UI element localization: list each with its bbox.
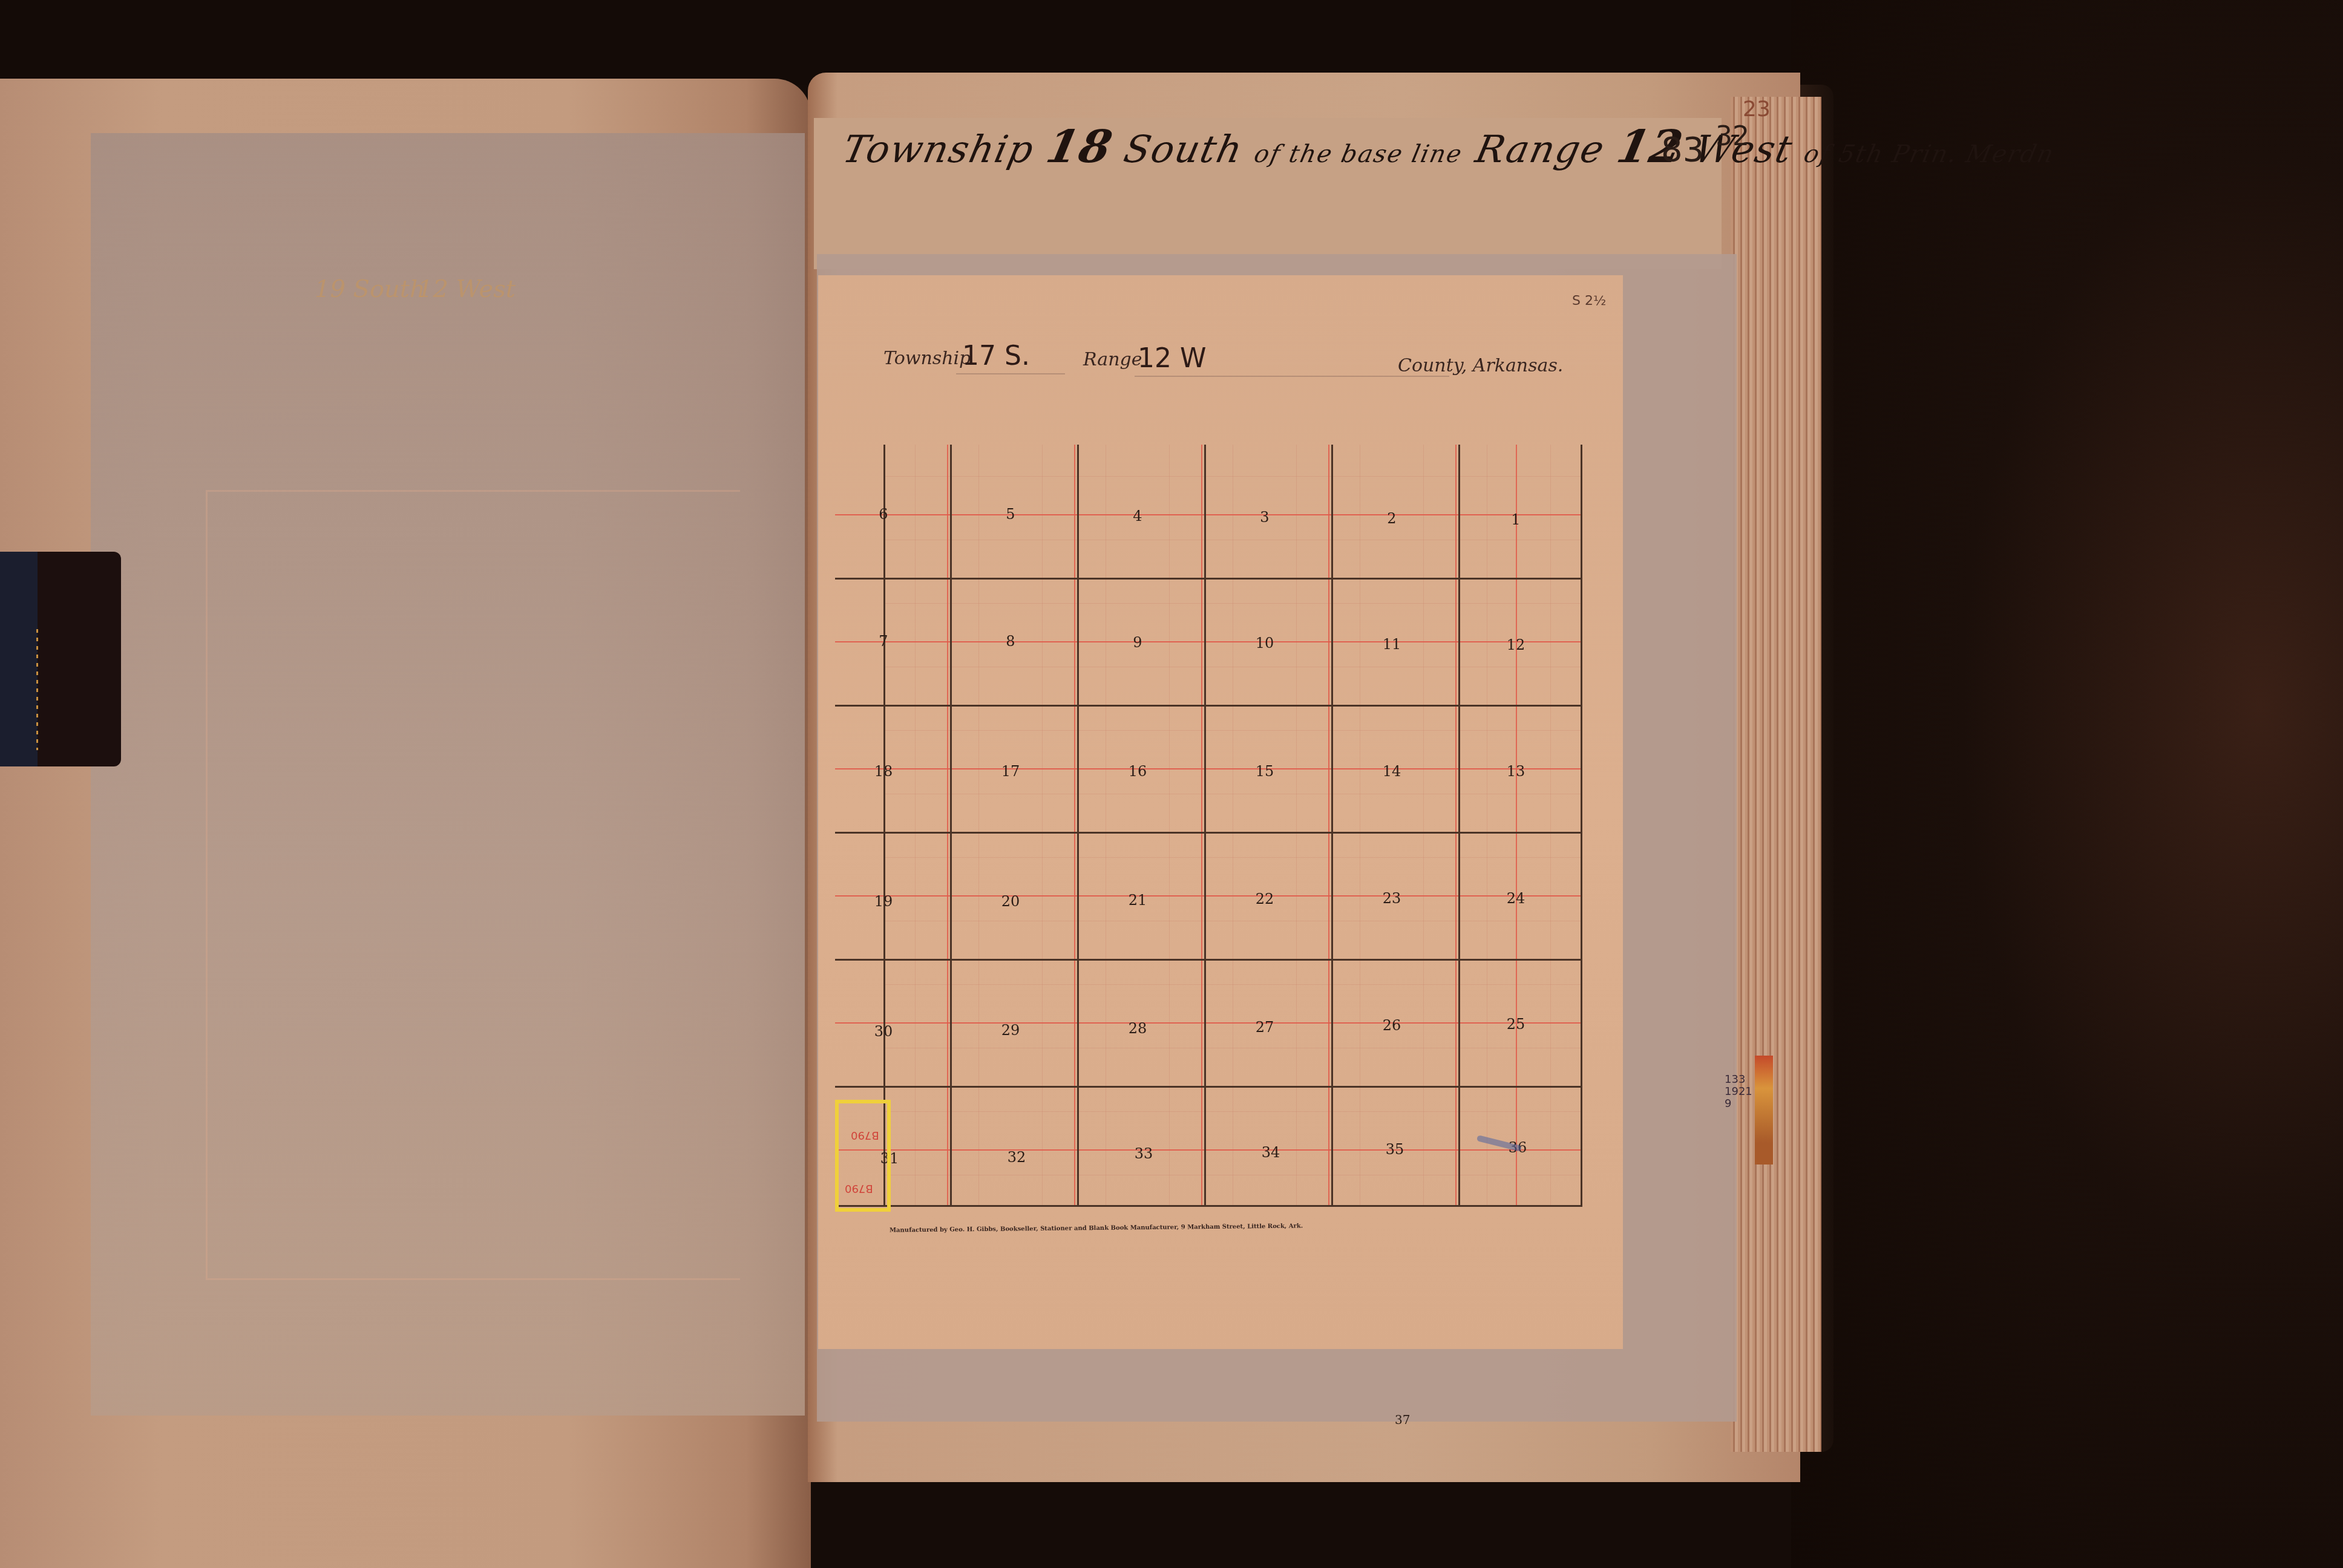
margin-note-line: 133 bbox=[1725, 1074, 1752, 1086]
grid-subline bbox=[915, 445, 916, 1207]
red-rule bbox=[835, 1149, 1582, 1151]
section-number: 16 bbox=[1129, 763, 1147, 780]
red-rule bbox=[1074, 445, 1075, 1207]
grid-subline bbox=[1106, 445, 1106, 1207]
grid-subline bbox=[1042, 445, 1043, 1207]
red-rule bbox=[835, 1022, 1582, 1024]
parcel-note: B790 bbox=[851, 1129, 879, 1142]
section-number: 15 bbox=[1256, 763, 1274, 780]
section-number: 12 bbox=[1507, 636, 1525, 653]
grid-subline bbox=[883, 794, 1582, 794]
margin-note-line: 9 bbox=[1725, 1098, 1752, 1110]
heading-township-direction: South bbox=[1120, 127, 1247, 171]
grid-subline bbox=[883, 857, 1582, 858]
grid-subline bbox=[883, 730, 1582, 731]
section-number: 32 bbox=[1008, 1149, 1026, 1166]
grid-subline bbox=[1360, 445, 1360, 1207]
section-number: 27 bbox=[1256, 1019, 1274, 1036]
section-number: 5 bbox=[1006, 506, 1015, 523]
grid-subline bbox=[1296, 445, 1297, 1207]
section-number: 26 bbox=[1383, 1017, 1401, 1034]
section-line bbox=[835, 832, 1582, 834]
section-number: 23 bbox=[1383, 890, 1401, 907]
section-number: 34 bbox=[1262, 1144, 1280, 1161]
grid-subline bbox=[883, 667, 1582, 667]
section-number: 19 bbox=[874, 893, 893, 910]
ghost-text-township: 19 South bbox=[315, 275, 425, 303]
section-number: 8 bbox=[1006, 633, 1015, 650]
grid-subline bbox=[883, 603, 1582, 604]
red-rule bbox=[1201, 445, 1202, 1207]
section-number: 21 bbox=[1129, 892, 1147, 909]
section-number: 3 bbox=[1260, 509, 1269, 526]
red-rule bbox=[1328, 445, 1329, 1207]
page-edges bbox=[1731, 97, 1821, 1452]
form-township-value: 17 S. bbox=[962, 341, 1030, 371]
heading-suffix: of 5th Prin. Merdn bbox=[1801, 140, 2057, 168]
ghost-text-range: 12 West bbox=[418, 275, 516, 303]
section-line bbox=[835, 1205, 1582, 1207]
grid-subline bbox=[978, 445, 979, 1207]
heading-township-number: 18 bbox=[1042, 121, 1118, 173]
grid-subline bbox=[1233, 445, 1233, 1207]
bottom-number: 37 bbox=[1395, 1413, 1410, 1427]
form-range-value: 12 W bbox=[1138, 343, 1206, 374]
section-line bbox=[835, 705, 1582, 707]
margin-note: 133 1921 9 bbox=[1725, 1074, 1752, 1110]
section-number: 7 bbox=[879, 633, 888, 650]
section-number: 1 bbox=[1511, 511, 1520, 528]
form-county-label: County, Arkansas. bbox=[1398, 355, 1563, 376]
section-number: 35 bbox=[1386, 1141, 1404, 1158]
form-township-label: Township bbox=[883, 348, 971, 369]
section-number: 9 bbox=[1133, 634, 1142, 651]
section-line bbox=[950, 445, 952, 1207]
section-line bbox=[835, 578, 1582, 580]
book-weight-spine bbox=[0, 552, 38, 766]
sheet-id: S 2½ bbox=[1572, 293, 1606, 309]
red-rule bbox=[947, 445, 948, 1207]
grid-subline bbox=[883, 984, 1582, 985]
red-rule bbox=[835, 895, 1582, 897]
form-range-label: Range bbox=[1083, 349, 1142, 370]
left-page-offset-outline bbox=[206, 490, 740, 1280]
section-line bbox=[1581, 445, 1582, 1207]
section-number: 22 bbox=[1256, 890, 1274, 907]
section-number: 6 bbox=[879, 506, 888, 523]
grid-subline bbox=[883, 1175, 1582, 1175]
section-number: 29 bbox=[1001, 1022, 1020, 1039]
township-section-grid: 6 5 4 3 2 1 7 8 9 10 11 12 18 17 16 15 1… bbox=[883, 445, 1582, 1207]
grid-subline bbox=[1423, 445, 1424, 1207]
heading-range-label: Range bbox=[1472, 127, 1609, 171]
highlighted-parcel-box: B790 B790 bbox=[835, 1100, 891, 1212]
section-line bbox=[883, 445, 885, 1207]
section-number: 17 bbox=[1001, 763, 1020, 780]
section-number: 24 bbox=[1507, 890, 1525, 907]
background-table bbox=[1791, 0, 2343, 1568]
page-number-alt: 32 bbox=[1715, 121, 1749, 152]
heading-prefix: Township bbox=[839, 127, 1038, 171]
section-line bbox=[1458, 445, 1460, 1207]
section-line bbox=[835, 959, 1582, 961]
section-number: 4 bbox=[1133, 508, 1142, 524]
corner-number: 23 bbox=[1743, 97, 1771, 122]
section-line bbox=[1077, 445, 1079, 1207]
section-number: 30 bbox=[874, 1023, 893, 1040]
section-line bbox=[1331, 445, 1333, 1207]
grid-subline bbox=[883, 1111, 1582, 1112]
section-number: 13 bbox=[1507, 763, 1525, 780]
red-rule bbox=[835, 514, 1582, 515]
section-line bbox=[835, 1086, 1582, 1088]
parcel-note: B790 bbox=[845, 1182, 873, 1195]
section-number: 33 bbox=[1135, 1145, 1153, 1162]
section-number: 25 bbox=[1507, 1016, 1525, 1033]
red-rule bbox=[835, 768, 1582, 769]
section-number: 20 bbox=[1001, 893, 1020, 910]
gilt-decoration bbox=[36, 629, 38, 750]
page-number: 83 bbox=[1661, 130, 1704, 169]
section-number: 2 bbox=[1387, 510, 1396, 527]
grid-subline bbox=[1487, 445, 1487, 1207]
grid-subline bbox=[1169, 445, 1170, 1207]
red-page-tab[interactable] bbox=[1755, 1056, 1773, 1165]
red-rule bbox=[1516, 445, 1517, 1207]
section-line bbox=[1204, 445, 1206, 1207]
page-heading: Township 18 South of the base line Range… bbox=[839, 121, 2061, 173]
margin-note-line: 1921 bbox=[1725, 1086, 1752, 1098]
section-number: 10 bbox=[1256, 635, 1274, 652]
red-rule bbox=[1455, 445, 1457, 1207]
grid-subline bbox=[883, 476, 1582, 477]
grid-subline bbox=[883, 921, 1582, 921]
section-number: 11 bbox=[1383, 636, 1401, 653]
grid-subline bbox=[883, 1048, 1582, 1048]
section-number: 14 bbox=[1383, 763, 1401, 780]
heading-middle: of the base line bbox=[1251, 140, 1465, 168]
grid-subline bbox=[883, 540, 1582, 540]
grid-subline bbox=[1550, 445, 1551, 1207]
section-number: 18 bbox=[874, 763, 893, 780]
township-underline bbox=[956, 373, 1065, 374]
red-rule bbox=[835, 641, 1582, 642]
form-header: Township 17 S. Range 12 W County, Arkans… bbox=[883, 342, 1579, 378]
section-number: 28 bbox=[1129, 1020, 1147, 1037]
